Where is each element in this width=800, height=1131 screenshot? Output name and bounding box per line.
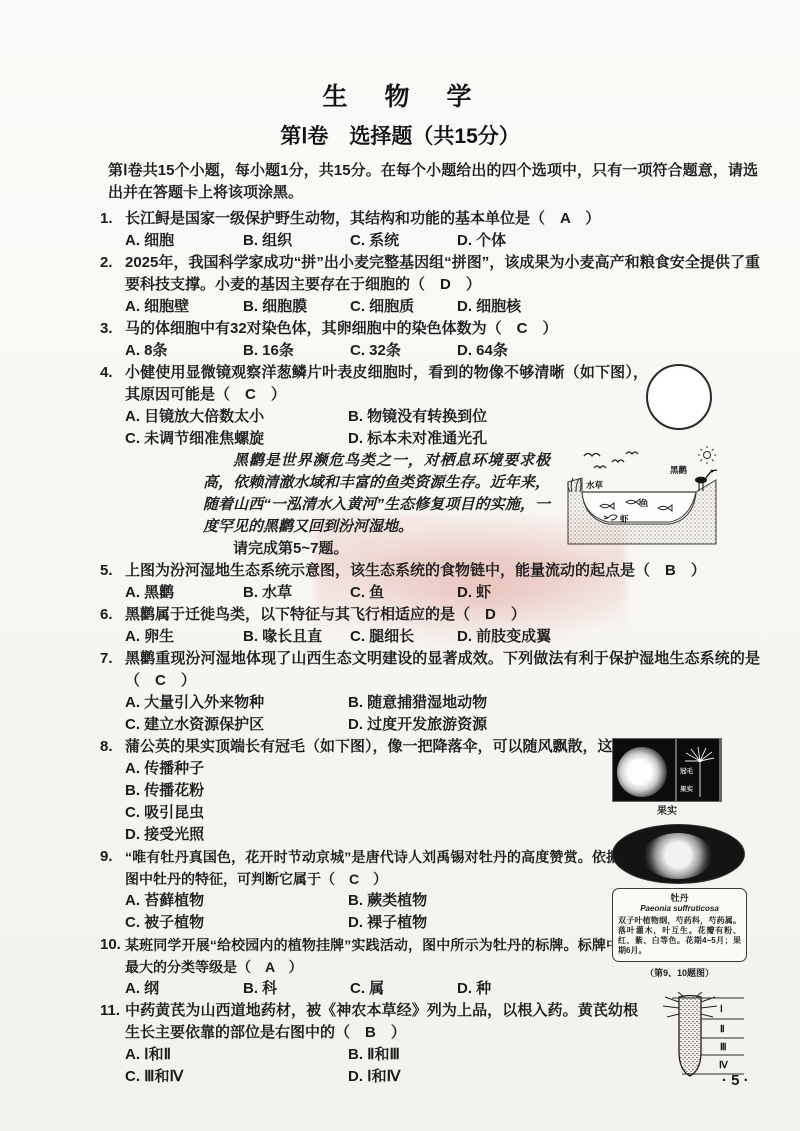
root-tip-diagram: Ⅰ Ⅱ Ⅲ Ⅳ — [652, 992, 747, 1082]
label-pappus: 冠毛 — [680, 766, 694, 775]
question-2: 2. 2025年，我国科学家成功“拼”出小麦完整基因组“拼图”，该成果为小麦高产… — [100, 252, 760, 318]
passage-note: 请完成第5~7题。 — [203, 538, 550, 560]
question-number: 8. — [100, 736, 125, 846]
question-number: 2. — [100, 252, 125, 318]
peony-flower-icon — [643, 833, 713, 879]
wetland-ecosystem-diagram: 水草 黑鹳 鱼 虾 — [566, 446, 718, 546]
options-grid: A. 目镜放大倍数太小 B. 物镜没有转换到位 C. 未调节细准焦螺旋 D. 标… — [125, 406, 648, 450]
dandelion-single-fruit-photo: 冠毛 果实 — [677, 739, 719, 801]
dandelion-figure: 冠毛 果实 果实 — [612, 738, 722, 819]
question-7: 7. 黑鹳重现汾河湿地体现了山西生态文明建设的显著成效。下列做法有利于保护湿地生… — [100, 648, 760, 736]
option-a: A. 细胞 — [125, 230, 243, 252]
option-b: B. 16条 — [243, 340, 350, 362]
option-a: A. 8条 — [125, 340, 243, 362]
sun-icon — [698, 446, 716, 464]
option-b: B. 水草 — [243, 582, 350, 604]
figure-note: （第9、10题图） — [612, 967, 747, 979]
question-number: 7. — [100, 648, 125, 736]
question-3: 3. 马的体细胞中有32对染色体，其卵细胞中的染色体数为（ C ） A. 8条 … — [100, 318, 760, 362]
question-number: 9. — [100, 846, 125, 934]
label-water-plant: 水草 — [586, 480, 604, 490]
single-fruit-drawing: 冠毛 果实 — [677, 739, 719, 801]
wetland-diagram-drawing: 水草 黑鹳 鱼 虾 — [566, 446, 718, 546]
question-stem: “唯有牡丹真国色，花开时节动京城”是唐代诗人刘禹锡对牡丹的高度赞赏。依据图中牡丹… — [125, 846, 620, 890]
options-row: A. 细胞 B. 组织 C. 系统 D. 个体 — [125, 230, 760, 252]
option-a: A. 卵生 — [125, 626, 243, 648]
option-d: D. 虾 — [457, 582, 760, 604]
plant-name: 牡丹 — [618, 893, 741, 904]
label-fish: 鱼 — [640, 498, 649, 508]
option-b: B. Ⅱ和Ⅲ — [348, 1044, 638, 1066]
dandelion-photos: 冠毛 果实 — [612, 738, 722, 802]
option-c: C. 未调节细准焦螺旋 — [125, 428, 348, 450]
question-number: 6. — [100, 604, 125, 648]
option-a: A. 细胞壁 — [125, 296, 243, 318]
zone-label-3: Ⅲ — [720, 1042, 727, 1053]
question-stem: 黑鹳重现汾河湿地体现了山西生态文明建设的显著成效。下列做法有利于保护湿地生态系统… — [125, 648, 760, 692]
paper-title: 生 物 学 — [0, 84, 800, 110]
option-a: A. 黑鹳 — [125, 582, 243, 604]
plant-label-card: 牡丹 Paeonia suffruticosa 双子叶植物纲，芍药科，芍药属。落… — [612, 888, 747, 962]
root-body — [679, 996, 701, 1077]
plant-latin-name: Paeonia suffruticosa — [618, 904, 741, 914]
question-number: 4. — [100, 362, 125, 450]
question-stem: 小健使用显微镜观察洋葱鳞片叶表皮细胞时，看到的物像不够清晰（如下图），其原因可能… — [125, 362, 648, 406]
dandelion-caption: 果实 — [612, 804, 722, 819]
question-stem: 黑鹳属于迁徙鸟类，以下特征与其飞行相适应的是（ D ） — [125, 604, 760, 626]
option-c: C. 属 — [350, 978, 457, 1000]
question-stem: 中药黄芪为山西道地药材，被《神农本草经》列为上品，以根入药。黄芪幼根生长主要依靠… — [125, 1000, 638, 1044]
options-row: A. 纲 B. 科 C. 属 D. 种 — [125, 978, 620, 1000]
option-c: C. 腿细长 — [350, 626, 457, 648]
page-number: · 5 · — [722, 1072, 749, 1089]
microscope-view-figure — [646, 364, 712, 430]
question-1: 1. 长江鲟是国家一级保护野生动物，其结构和功能的基本单位是（ A ） A. 细… — [100, 208, 760, 252]
pond-water — [582, 492, 696, 522]
question-stem: 马的体细胞中有32对染色体，其卵细胞中的染色体数为（ C ） — [125, 318, 760, 340]
label-shrimp: 虾 — [620, 514, 629, 524]
question-stem: 某班同学开展“给校园内的植物挂牌”实践活动，图中所示为牡丹的标牌。标牌中最大的分… — [125, 934, 620, 978]
options-row: A. 细胞壁 B. 细胞膜 C. 细胞质 D. 细胞核 — [125, 296, 760, 318]
passage-text: 黑鹳是世界濒危鸟类之一，对栖息环境要求极高，依赖清澈水域和丰富的鱼类资源生存。近… — [203, 450, 550, 538]
option-d: D. 细胞核 — [457, 296, 760, 318]
option-b: B. 随意捕猎湿地动物 — [348, 692, 760, 714]
option-d: D. Ⅰ和Ⅳ — [348, 1066, 638, 1088]
options-row: A. 卵生 B. 喙长且直 C. 腿细长 D. 前肢变成翼 — [125, 626, 760, 648]
question-stem: 长江鲟是国家一级保护野生动物，其结构和功能的基本单位是（ A ） — [125, 208, 760, 230]
dandelion-seedhead-icon — [617, 747, 667, 797]
label-fruit-inner: 果实 — [680, 784, 694, 793]
option-a: A. 纲 — [125, 978, 243, 1000]
options-grid: A. Ⅰ和Ⅱ B. Ⅱ和Ⅲ C. Ⅲ和Ⅳ D. Ⅰ和Ⅳ — [125, 1044, 638, 1088]
options-row: A. 8条 B. 16条 C. 32条 D. 64条 — [125, 340, 760, 362]
section-instructions: 第Ⅰ卷共15个小题，每小题1分，共15分。在每个小题给出的四个选项中，只有一项符… — [108, 160, 758, 204]
option-c: C. 细胞质 — [350, 296, 457, 318]
options-grid: A. 苔藓植物 B. 蕨类植物 C. 被子植物 D. 裸子植物 — [125, 890, 620, 934]
peony-photo — [612, 824, 745, 884]
option-c: C. 鱼 — [350, 582, 457, 604]
option-d: D. 种 — [457, 978, 620, 1000]
question-stem: 2025年，我国科学家成功“拼”出小麦完整基因组“拼图”，该成果为小麦高产和粮食… — [125, 252, 760, 296]
question-5: 5. 上图为汾河湿地生态系统示意图，该生态系统的食物链中，能量流动的起点是（ B… — [100, 560, 760, 604]
option-b: B. 科 — [243, 978, 350, 1000]
birds-icon — [584, 452, 638, 468]
option-d: D. 64条 — [457, 340, 760, 362]
label-stork: 黑鹳 — [670, 465, 688, 475]
option-b: B. 蕨类植物 — [348, 890, 620, 912]
option-c: C. Ⅲ和Ⅳ — [125, 1066, 348, 1088]
question-number: 11. — [100, 1000, 125, 1088]
option-a: A. 大量引入外来物种 — [125, 692, 348, 714]
section-heading: 第Ⅰ卷 选择题（共15分） — [0, 122, 800, 152]
question-stem: 上图为汾河湿地生态系统示意图，该生态系统的食物链中，能量流动的起点是（ B ） — [125, 560, 760, 582]
option-d: D. 个体 — [457, 230, 760, 252]
plant-description: 双子叶植物纲，芍药科，芍药属。落叶灌木，叶互生。花瓣有粉、红、紫、白等色。花期4… — [618, 916, 741, 956]
option-c: C. 系统 — [350, 230, 457, 252]
option-a: A. Ⅰ和Ⅱ — [125, 1044, 348, 1066]
option-c: C. 32条 — [350, 340, 457, 362]
question-6: 6. 黑鹳属于迁徙鸟类，以下特征与其飞行相适应的是（ D ） A. 卵生 B. … — [100, 604, 760, 648]
options-row: A. 黑鹳 B. 水草 C. 鱼 D. 虾 — [125, 582, 760, 604]
option-d: D. 裸子植物 — [348, 912, 620, 934]
option-c: C. 被子植物 — [125, 912, 348, 934]
root-diagram-drawing: Ⅰ Ⅱ Ⅲ Ⅳ — [652, 992, 747, 1082]
option-a: A. 苔藓植物 — [125, 890, 348, 912]
zone-label-1: Ⅰ — [720, 1004, 723, 1015]
question-number: 3. — [100, 318, 125, 362]
option-d: D. 前肢变成翼 — [457, 626, 760, 648]
peony-figure: 牡丹 Paeonia suffruticosa 双子叶植物纲，芍药科，芍药属。落… — [612, 824, 747, 979]
options-grid: A. 大量引入外来物种 B. 随意捕猎湿地动物 C. 建立水资源保护区 D. 过… — [125, 692, 760, 736]
question-number: 10. — [100, 934, 125, 1000]
option-d: D. 过度开发旅游资源 — [348, 714, 760, 736]
exam-paper-page: 生 物 学 第Ⅰ卷 选择题（共15分） 第Ⅰ卷共15个小题，每小题1分，共15分… — [0, 0, 800, 1131]
question-number: 1. — [100, 208, 125, 252]
option-a: A. 目镜放大倍数太小 — [125, 406, 348, 428]
option-b: B. 物镜没有转换到位 — [348, 406, 648, 428]
zone-label-2: Ⅱ — [720, 1024, 725, 1035]
question-number: 5. — [100, 560, 125, 604]
option-b: B. 组织 — [243, 230, 350, 252]
dandelion-seedhead-photo — [613, 739, 675, 801]
option-b: B. 细胞膜 — [243, 296, 350, 318]
zone-label-4: Ⅳ — [719, 1060, 729, 1071]
option-b: B. 喙长且直 — [243, 626, 350, 648]
option-c: C. 建立水资源保护区 — [125, 714, 348, 736]
